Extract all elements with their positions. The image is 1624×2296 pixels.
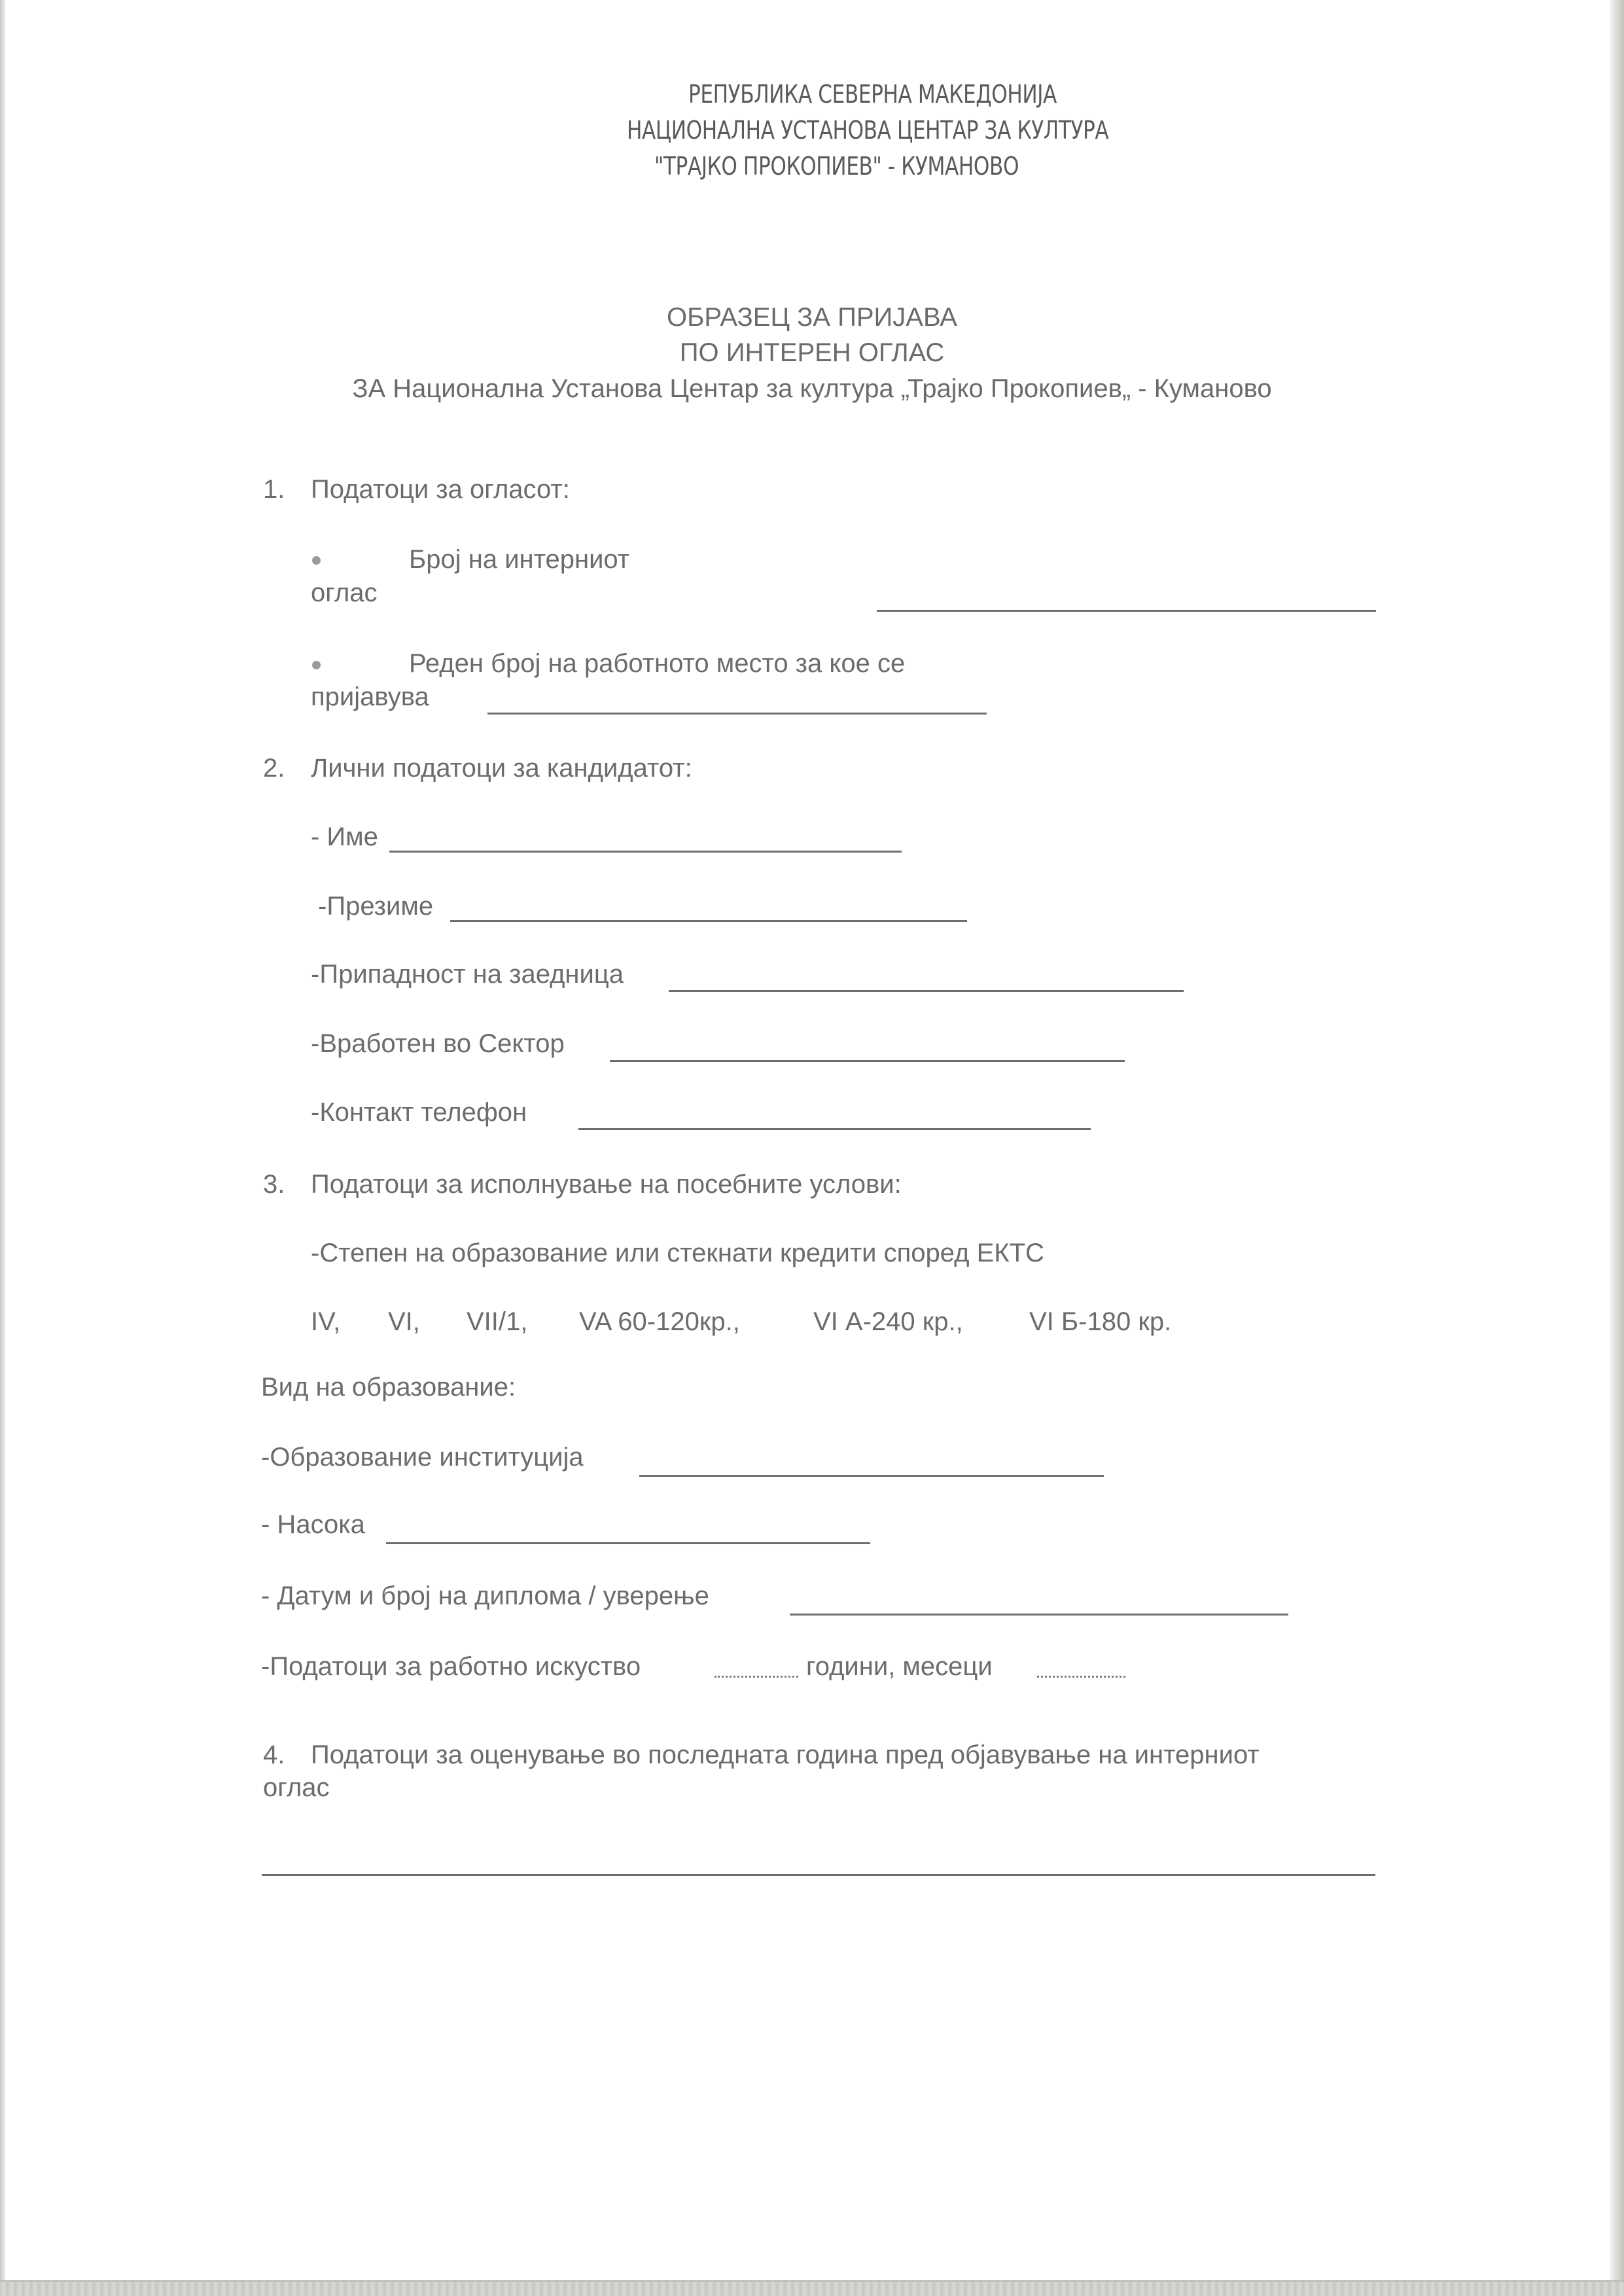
- position-number-label-cont: пријавува: [311, 682, 429, 712]
- degree-option-vi-b[interactable]: VI Б-180 кр.: [1029, 1307, 1171, 1337]
- sector-field[interactable]: [610, 1060, 1125, 1062]
- scan-edge-bottom: [0, 2280, 1624, 2296]
- degree-option-va[interactable]: VA 60-120кр.,: [579, 1307, 740, 1337]
- phone-field[interactable]: [578, 1128, 1091, 1130]
- degree-option-vi[interactable]: VI,: [388, 1307, 420, 1337]
- section-4-heading: Податоци за оценување во последната годи…: [311, 1740, 1260, 1770]
- form-title: ОБРАЗЕЦ ЗА ПРИЈАВА: [0, 303, 1624, 332]
- section-1-heading: Податоци за огласот:: [311, 475, 570, 504]
- education-type-label: Вид на образование:: [261, 1373, 516, 1402]
- evaluation-field[interactable]: [262, 1874, 1375, 1876]
- bullet-icon: [312, 556, 321, 565]
- diploma-field[interactable]: [790, 1614, 1288, 1616]
- section-4-heading-cont: оглас: [263, 1773, 330, 1803]
- section-2-number: 2.: [263, 754, 285, 783]
- bullet-icon: [312, 661, 321, 669]
- degree-option-vii1[interactable]: VII/1,: [467, 1307, 527, 1337]
- community-label: -Припадност на заедница: [311, 960, 624, 989]
- section-3-number: 3.: [263, 1170, 285, 1199]
- major-label: - Насока: [261, 1510, 365, 1540]
- ad-number-label-cont: оглас: [311, 578, 378, 608]
- experience-months-field[interactable]: [1037, 1676, 1125, 1678]
- form-subtitle: ПО ИНТЕРЕН ОГЛАС: [0, 338, 1624, 368]
- first-name-label: - Име: [311, 822, 378, 852]
- degree-option-iv[interactable]: IV,: [311, 1307, 340, 1337]
- sector-label: -Вработен во Сектор: [311, 1029, 565, 1059]
- position-number-field[interactable]: [487, 713, 987, 715]
- section-2-heading: Лични податоци за кандидатот:: [311, 754, 692, 783]
- position-number-label: Реден број на работното место за кое се: [409, 649, 905, 679]
- section-4-number: 4.: [263, 1740, 285, 1770]
- first-name-field[interactable]: [389, 851, 902, 853]
- ad-number-label: Број на интерниот: [409, 545, 629, 574]
- header-institution-name: "ТРАЈКО ПРОКОПИЕВ" - КУМАНОВО: [654, 152, 1019, 181]
- institution-label: -Образование институција: [261, 1443, 584, 1472]
- diploma-label: - Датум и број на диплома / уверење: [261, 1581, 709, 1611]
- degree-label: -Степен на образование или стекнати кред…: [311, 1239, 1044, 1268]
- section-1-number: 1.: [263, 475, 285, 504]
- ad-number-field[interactable]: [877, 610, 1376, 612]
- degree-option-vi-a[interactable]: VI А-240 кр.,: [813, 1307, 963, 1337]
- experience-units-label: години, месеци: [806, 1652, 993, 1682]
- experience-label: -Податоци за работно искуство: [261, 1652, 641, 1682]
- major-field[interactable]: [386, 1542, 870, 1544]
- institution-field[interactable]: [639, 1475, 1104, 1477]
- form-addressee: ЗА Национална Установа Центар за култура…: [0, 374, 1624, 404]
- header-institution: НАЦИОНАЛНА УСТАНОВА ЦЕНТАР ЗА КУЛТУРА: [627, 116, 1108, 145]
- experience-years-field[interactable]: [715, 1676, 798, 1678]
- phone-label: -Контакт телефон: [311, 1098, 527, 1127]
- community-field[interactable]: [669, 990, 1184, 992]
- last-name-label: -Презиме: [318, 892, 433, 921]
- section-3-heading: Податоци за исполнување на посебните усл…: [311, 1170, 902, 1199]
- header-country: РЕПУБЛИКА СЕВЕРНА МАКЕДОНИЈА: [688, 80, 1057, 109]
- last-name-field[interactable]: [450, 920, 967, 922]
